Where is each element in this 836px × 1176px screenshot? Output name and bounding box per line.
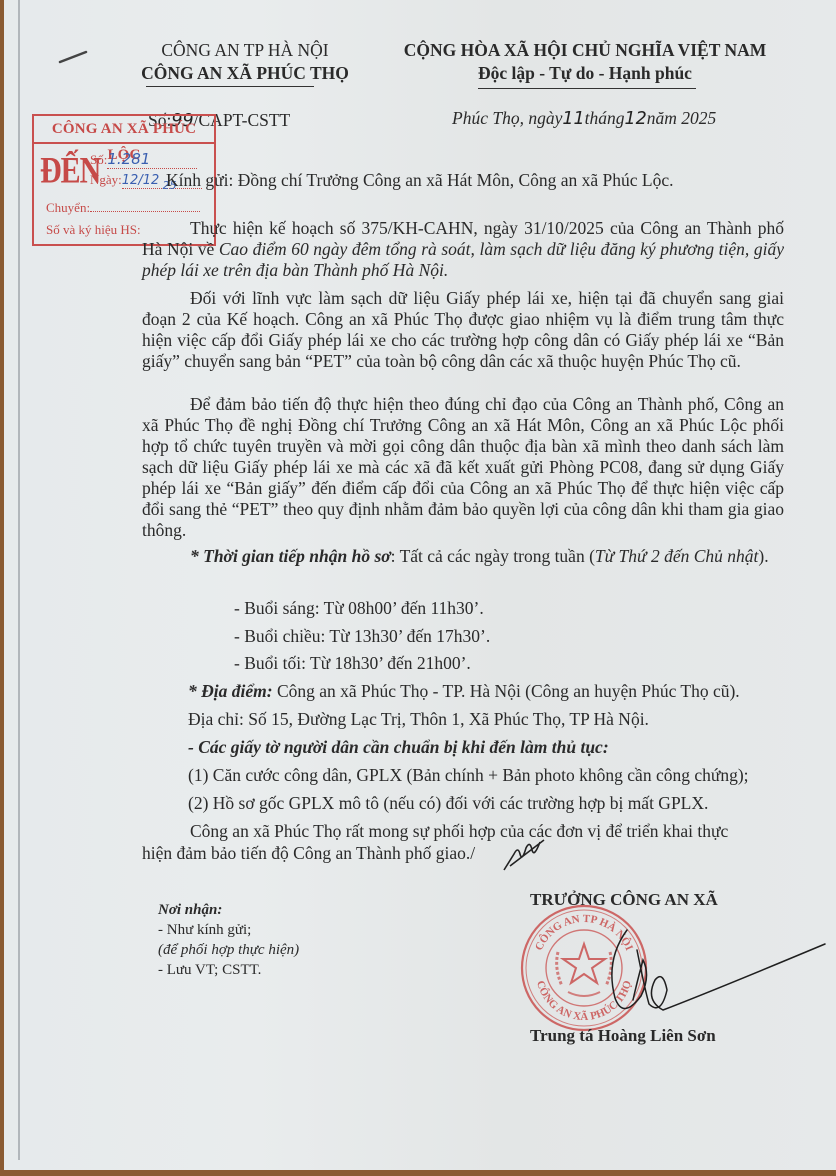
paragraph-request: Để đảm bảo tiến độ thực hiện theo đúng c…	[142, 394, 784, 541]
motto-underline	[478, 88, 696, 89]
p1-italic: Cao điểm 60 ngày đêm tổng rà soát, làm s…	[142, 239, 784, 280]
issuer-parent-agency: CÔNG AN TP HÀ NỘI	[120, 40, 370, 61]
stamp-so-row: Số:1.281	[90, 150, 197, 169]
closing-line-1: Công an xã Phúc Thọ rất mong sự phối hợp…	[190, 821, 728, 842]
stamp-ngay-value: 12/12	[122, 173, 159, 188]
national-motto: Độc lập - Tự do - Hạnh phúc	[380, 63, 790, 84]
location-text: Công an xã Phúc Thọ - TP. Hà Nội (Công a…	[273, 681, 740, 701]
schedule-afternoon: - Buổi chiều: Từ 13h30’ đến 17h30’.	[234, 626, 490, 647]
signer-name: Trung tá Hoàng Liên Sơn	[530, 1026, 716, 1046]
document-item-2: (2) Hồ sơ gốc GPLX mô tô (nếu có) đối vớ…	[188, 793, 708, 814]
time-end: ).	[758, 546, 768, 566]
issuer-underline	[146, 86, 314, 87]
date-month: 12	[625, 109, 647, 129]
stamp-so-value: 1.281	[107, 150, 150, 168]
recipients-title: Nơi nhận:	[158, 900, 222, 920]
recipient-item-1: - Như kính gửi;	[158, 920, 251, 940]
recipient-item-2: (để phối hợp thực hiện)	[158, 940, 299, 960]
document-item-1: (1) Căn cước công dân, GPLX (Bản chính +…	[188, 765, 749, 786]
stamp-chuyen-label: Chuyển:	[46, 200, 90, 215]
time-italic: Từ Thứ 2 đến Chủ nhật	[595, 546, 758, 566]
stamp-kyhieu-label: Số và ký hiệu HS:	[46, 222, 141, 237]
initials-scribble-icon	[500, 836, 550, 876]
stamp-ngay-label: Ngày:	[90, 172, 122, 187]
documents-label: - Các giấy tờ người dân cần chuẩn bị khi…	[188, 737, 609, 758]
date-year: năm 2025	[647, 108, 717, 128]
recipient-item-3: - Lưu VT; CSTT.	[158, 960, 261, 980]
paragraph-phase-2: Đối với lĩnh vực làm sạch dữ liệu Giấy p…	[142, 288, 784, 372]
address: Địa chỉ: Số 15, Đường Lạc Trị, Thôn 1, X…	[188, 709, 649, 730]
p2-text: Đối với lĩnh vực làm sạch dữ liệu Giấy p…	[142, 288, 784, 371]
national-title: CỘNG HÒA XÃ HỘI CHỦ NGHĨA VIỆT NAM	[380, 40, 790, 61]
schedule-evening: - Buổi tối: Từ 18h30’ đến 21h00’.	[234, 653, 471, 674]
pen-mark-icon	[58, 48, 98, 68]
signature-scribble-icon	[585, 920, 835, 1030]
stamp-title: CÔNG AN XÃ PHÚC LỘC	[34, 116, 214, 144]
schedule-morning: - Buổi sáng: Từ 08h00’ đến 11h30’.	[234, 598, 484, 619]
issuer-agency: CÔNG AN XÃ PHÚC THỌ	[110, 63, 380, 84]
reception-time: * Thời gian tiếp nhận hồ sơ: Tất cả các …	[142, 546, 784, 567]
closing-line-2: hiện đảm bảo tiến độ Công an Thành phố g…	[142, 843, 475, 864]
stamp-so-label: Số:	[90, 152, 107, 167]
stamp-chuyen-row: Chuyển:	[46, 200, 200, 216]
document-date: Phúc Thọ, ngày11tháng12năm 2025	[452, 108, 716, 129]
page-edge-line	[18, 0, 20, 1160]
addressee-label: Kính gửi	[166, 170, 228, 190]
date-month-label: tháng	[585, 108, 625, 128]
time-text: : Tất cả các ngày trong tuần (	[391, 546, 595, 566]
addressee: Kính gửi: Đồng chí Trưởng Công an xã Hát…	[166, 170, 674, 191]
stamp-kyhieu-row: Số và ký hiệu HS:	[46, 222, 141, 238]
date-day: 11	[562, 109, 584, 129]
location-label: * Địa điểm:	[188, 681, 273, 701]
time-label: * Thời gian tiếp nhận hồ sơ	[190, 546, 391, 566]
paragraph-plan-reference: Thực hiện kế hoạch số 375/KH-CAHN, ngày …	[142, 218, 784, 281]
date-prefix: Phúc Thọ, ngày	[452, 108, 562, 128]
p3-text: Để đảm bảo tiến độ thực hiện theo đúng c…	[142, 394, 784, 540]
addressee-text: : Đồng chí Trưởng Công an xã Hát Môn, Cô…	[228, 170, 673, 190]
location: * Địa điểm: Công an xã Phúc Thọ - TP. Hà…	[188, 681, 740, 702]
